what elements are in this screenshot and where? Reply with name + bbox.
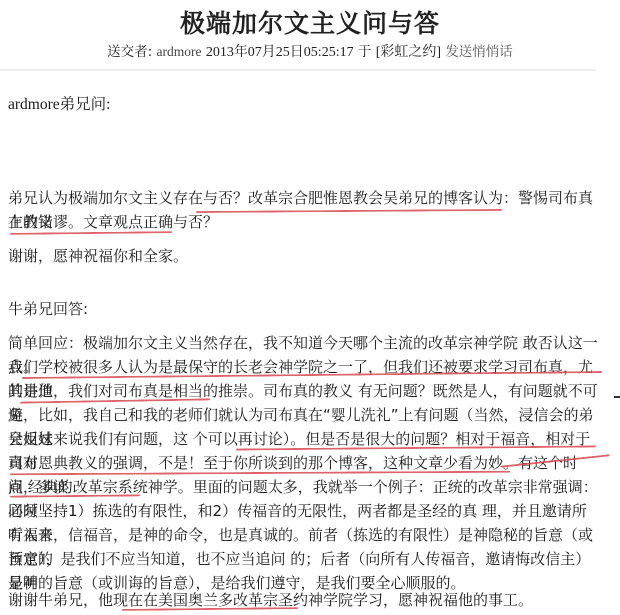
question-line: 上的错谬。文章观点正确与否？ (8, 210, 598, 234)
header-divider (0, 69, 596, 71)
at-label: 于 (358, 44, 372, 60)
whisper-link[interactable]: 发送悄悄话 (445, 44, 513, 60)
post-title: 极端加尔文主义问与答 (0, 4, 620, 40)
edge-mark (614, 396, 620, 398)
underline-annotation (10, 231, 172, 235)
sender-label: 送交者: (107, 44, 152, 60)
question-thanks: 谢谢，愿神祝福你和全家。 (8, 244, 598, 268)
answer-header: 牛弟兄回答: (8, 297, 598, 321)
author-name[interactable]: ardmore (157, 44, 202, 59)
forum-name[interactable]: [彩虹之约] (376, 45, 441, 60)
post-meta: 送交者: ardmore 2013年07月25日05:25:17 于 [彩虹之约… (0, 40, 620, 61)
post-datetime: 2013年07月25日05:25:17 (206, 45, 354, 60)
question-header: ardmore弟兄问: (8, 92, 598, 117)
closing-line: 谢谢牛弟兄，他现在在美国奥兰多改革宗圣约神学院学习，愿神祝福他的事工。 (8, 588, 598, 612)
